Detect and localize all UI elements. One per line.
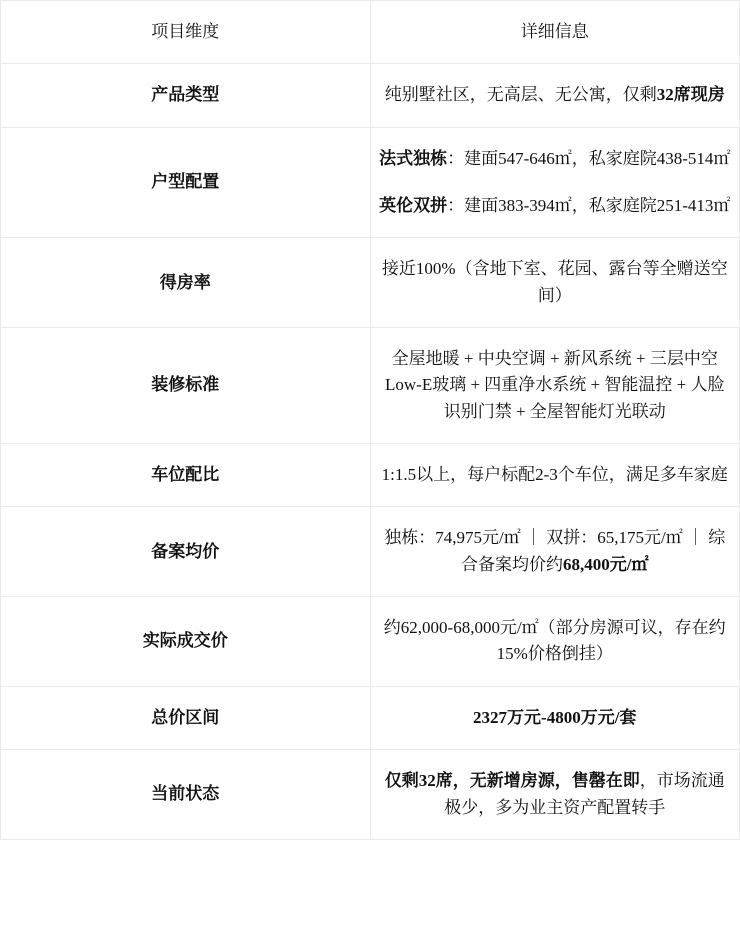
detail-text-bold: 68,400元/㎡ (563, 555, 648, 574)
dimension-cell: 车位配比 (1, 444, 371, 507)
detail-paragraph: 接近100%（含地下室、花园、露台等全赠送空间） (379, 256, 732, 309)
detail-paragraph: 英伦双拼：建面383-394㎡，私家庭院251-413㎡ (379, 193, 732, 219)
header-cell-detail: 详细信息 (370, 1, 740, 64)
detail-paragraph: 约62,000-68,000元/㎡（部分房源可议，存在约15%价格倒挂） (379, 615, 732, 668)
detail-text: ：建面547-646㎡，私家庭院438-514㎡ (447, 149, 730, 168)
dimension-cell: 备案均价 (1, 507, 371, 597)
detail-paragraph: 法式独栋：建面547-646㎡，私家庭院438-514㎡ (379, 146, 732, 172)
detail-paragraph: 2327万元-4800万元/套 (379, 705, 732, 731)
table-row: 总价区间2327万元-4800万元/套 (1, 686, 740, 749)
detail-text: 独栋：74,975元/㎡ ｜ 双拼：65,175元/㎡ ｜ 综合备案均价约 (384, 528, 725, 573)
dimension-cell: 当前状态 (1, 750, 371, 840)
table-row: 得房率接近100%（含地下室、花园、露台等全赠送空间） (1, 238, 740, 328)
detail-text-bold: 32席现房 (657, 85, 725, 104)
detail-text: 全屋地暖 + 中央空调 + 新风系统 + 三层中空Low-E玻璃 + 四重净水系… (385, 349, 724, 421)
dimension-cell: 装修标准 (1, 328, 371, 444)
table-row: 车位配比1:1.5以上，每户标配2-3个车位，满足多车家庭 (1, 444, 740, 507)
detail-text: 约62,000-68,000元/㎡（部分房源可议，存在约15%价格倒挂） (384, 618, 726, 663)
detail-paragraph: 仅剩32席，无新增房源，售罄在即，市场流通极少，多为业主资产配置转手 (379, 768, 732, 821)
detail-cell: 仅剩32席，无新增房源，售罄在即，市场流通极少，多为业主资产配置转手 (370, 750, 740, 840)
detail-paragraph: 独栋：74,975元/㎡ ｜ 双拼：65,175元/㎡ ｜ 综合备案均价约68,… (379, 525, 732, 578)
table-row: 备案均价独栋：74,975元/㎡ ｜ 双拼：65,175元/㎡ ｜ 综合备案均价… (1, 507, 740, 597)
detail-cell: 纯别墅社区，无高层、无公寓，仅剩32席现房 (370, 64, 740, 127)
table-row: 当前状态仅剩32席，无新增房源，售罄在即，市场流通极少，多为业主资产配置转手 (1, 750, 740, 840)
dimension-cell: 实际成交价 (1, 597, 371, 687)
header-cell-dimension: 项目维度 (1, 1, 371, 64)
dimension-cell: 得房率 (1, 238, 371, 328)
detail-text: 接近100%（含地下室、花园、露台等全赠送空间） (382, 259, 728, 304)
detail-text: ：建面383-394㎡，私家庭院251-413㎡ (447, 196, 730, 215)
table-row: 实际成交价约62,000-68,000元/㎡（部分房源可议，存在约15%价格倒挂… (1, 597, 740, 687)
detail-text-bold: 英伦双拼 (379, 196, 447, 215)
dimension-cell: 户型配置 (1, 127, 371, 238)
detail-text-bold: 2327万元-4800万元/套 (473, 708, 636, 727)
detail-text-bold: 仅剩32席，无新增房源，售罄在即 (385, 771, 640, 790)
detail-cell: 独栋：74,975元/㎡ ｜ 双拼：65,175元/㎡ ｜ 综合备案均价约68,… (370, 507, 740, 597)
table-body: 产品类型纯别墅社区，无高层、无公寓，仅剩32席现房户型配置法式独栋：建面547-… (1, 64, 740, 840)
detail-cell: 1:1.5以上，每户标配2-3个车位，满足多车家庭 (370, 444, 740, 507)
detail-cell: 法式独栋：建面547-646㎡，私家庭院438-514㎡英伦双拼：建面383-3… (370, 127, 740, 238)
detail-cell: 约62,000-68,000元/㎡（部分房源可议，存在约15%价格倒挂） (370, 597, 740, 687)
detail-cell: 2327万元-4800万元/套 (370, 686, 740, 749)
detail-cell: 全屋地暖 + 中央空调 + 新风系统 + 三层中空Low-E玻璃 + 四重净水系… (370, 328, 740, 444)
table-row: 户型配置法式独栋：建面547-646㎡，私家庭院438-514㎡英伦双拼：建面3… (1, 127, 740, 238)
detail-cell: 接近100%（含地下室、花园、露台等全赠送空间） (370, 238, 740, 328)
detail-paragraph: 纯别墅社区，无高层、无公寓，仅剩32席现房 (379, 82, 732, 108)
table-row: 产品类型纯别墅社区，无高层、无公寓，仅剩32席现房 (1, 64, 740, 127)
detail-paragraph: 全屋地暖 + 中央空调 + 新风系统 + 三层中空Low-E玻璃 + 四重净水系… (379, 346, 732, 425)
detail-paragraph: 1:1.5以上，每户标配2-3个车位，满足多车家庭 (379, 462, 732, 488)
header-row: 项目维度 详细信息 (1, 1, 740, 64)
table-head: 项目维度 详细信息 (1, 1, 740, 64)
detail-text-bold: 法式独栋 (379, 149, 447, 168)
detail-text: 纯别墅社区，无高层、无公寓，仅剩 (385, 85, 657, 104)
dimension-cell: 产品类型 (1, 64, 371, 127)
detail-text: 1:1.5以上，每户标配2-3个车位，满足多车家庭 (382, 465, 728, 484)
property-info-table: 项目维度 详细信息 产品类型纯别墅社区，无高层、无公寓，仅剩32席现房户型配置法… (0, 0, 740, 840)
table-row: 装修标准全屋地暖 + 中央空调 + 新风系统 + 三层中空Low-E玻璃 + 四… (1, 328, 740, 444)
dimension-cell: 总价区间 (1, 686, 371, 749)
